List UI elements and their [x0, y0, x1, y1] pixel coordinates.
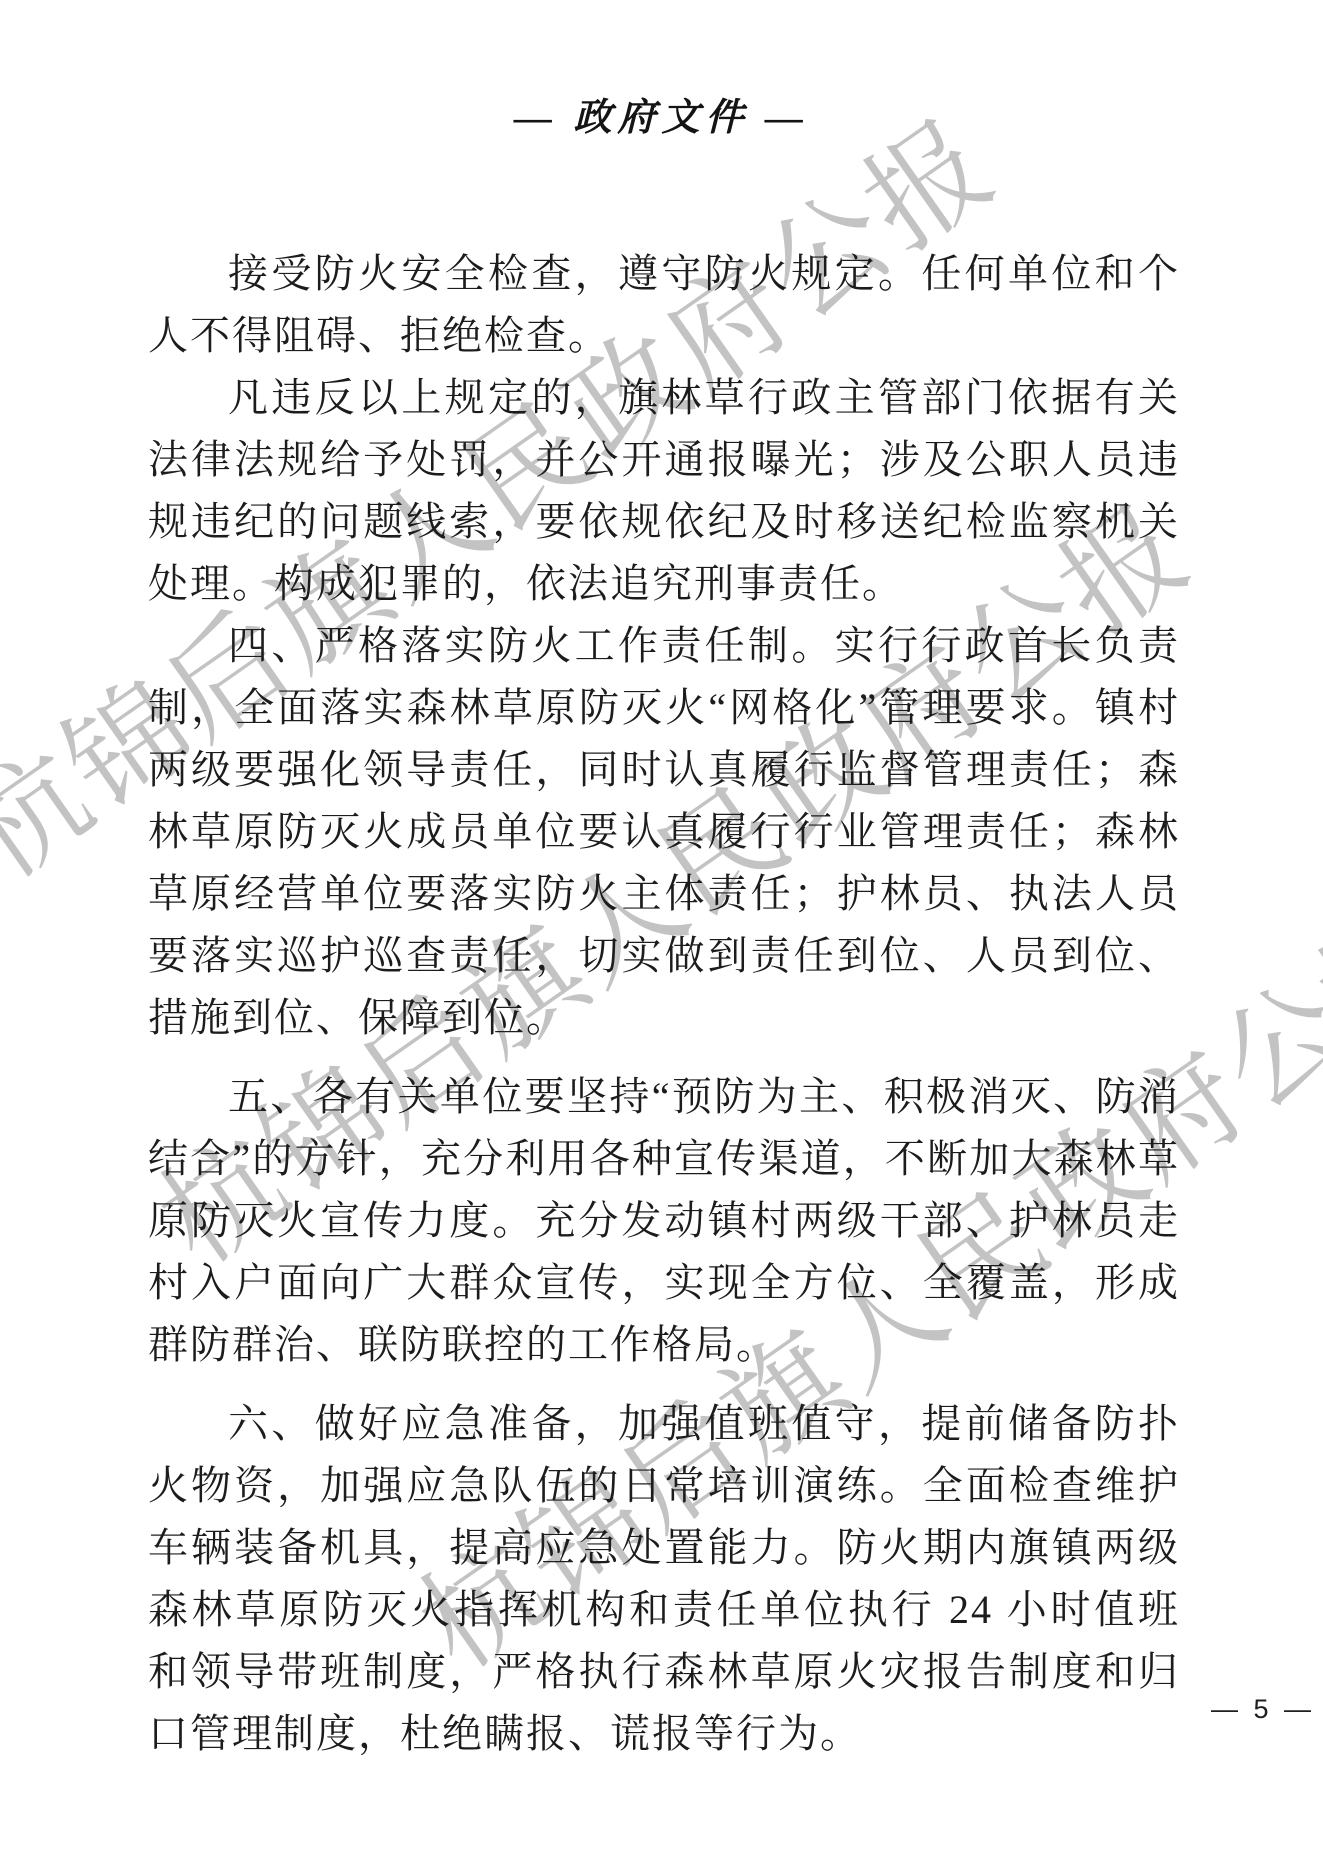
page-header-title: — 政府文件 — [0, 86, 1323, 141]
paragraph-inspection: 接受防火安全检查，遵守防火规定。任何单位和个人不得阻碍、拒绝检查。 [148, 243, 1180, 367]
paragraph-item-4-responsibility: 四、严格落实防火工作责任制。实行行政首长负责制，全面落实森林草原防灭火“网格化”… [148, 615, 1180, 1049]
page-number: — 5 — [1211, 1694, 1315, 1725]
document-body: 接受防火安全检查，遵守防火规定。任何单位和个人不得阻碍、拒绝检查。 凡违反以上规… [148, 243, 1180, 1765]
paragraph-penalties: 凡违反以上规定的，旗林草行政主管部门依据有关法律法规给予处罚，并公开通报曝光；涉… [148, 367, 1180, 615]
paragraph-item-5-publicity: 五、各有关单位要坚持“预防为主、积极消灭、防消结合”的方针，充分利用各种宣传渠道… [148, 1066, 1180, 1376]
paragraph-item-6-emergency: 六、做好应急准备，加强值班值守，提前储备防扑火物资，加强应急队伍的日常培训演练。… [148, 1393, 1180, 1765]
document-page: 杭锦后旗人民政府公报 杭锦后旗人民政府公报 杭锦后旗人民政府公报 — 政府文件 … [0, 0, 1323, 1871]
